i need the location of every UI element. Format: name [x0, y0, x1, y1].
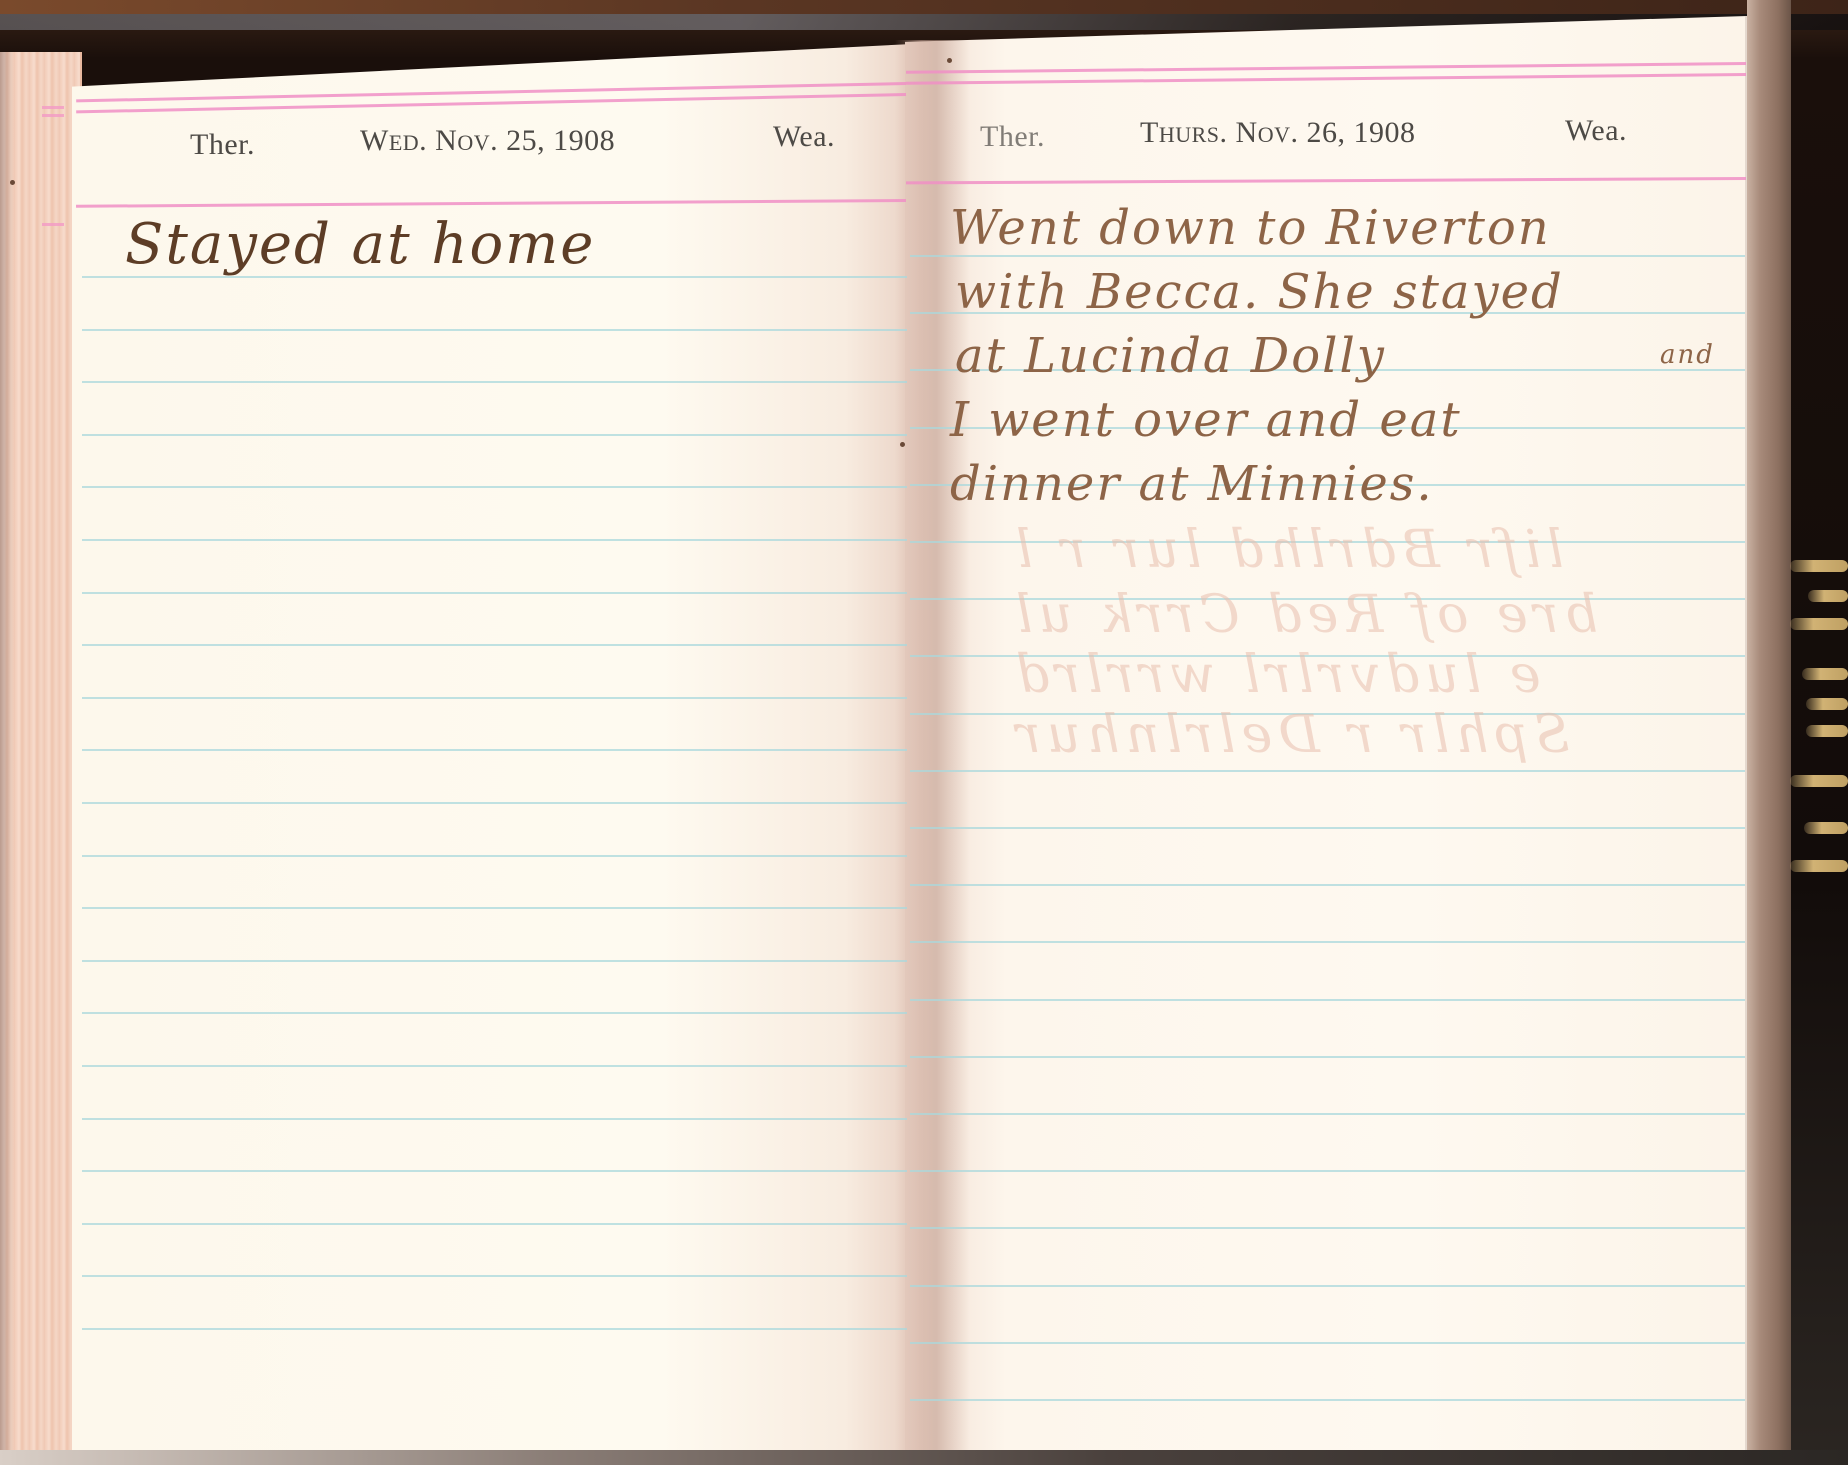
ruled-line — [910, 1056, 1745, 1058]
ruled-line — [82, 855, 907, 857]
bleed-through-text: Sphlr r Delrlnhur — [1010, 705, 1570, 765]
ruled-line — [82, 1012, 907, 1014]
ruled-line — [82, 329, 907, 331]
ruled-line — [82, 1223, 907, 1225]
bleed-through-text: e ludvrlrl wrrlrd — [1010, 645, 1541, 705]
page-stack-pink-mark — [42, 114, 64, 117]
ruled-line — [82, 907, 907, 909]
ruled-line — [82, 644, 907, 646]
page-stack-pink-mark — [42, 106, 64, 109]
ruled-line — [910, 827, 1745, 829]
ther-label: Ther. — [980, 120, 1045, 154]
page-stack-pink-mark — [42, 223, 64, 226]
diary-entry-insertion: and — [1660, 340, 1715, 370]
ink-speck — [10, 180, 15, 185]
ink-speck — [900, 442, 905, 447]
ruled-line — [82, 1170, 907, 1172]
ruled-line — [910, 999, 1745, 1001]
ruled-line — [82, 434, 907, 436]
clasp-icon — [1790, 560, 1848, 890]
ruled-line — [82, 592, 907, 594]
ruled-line — [910, 941, 1745, 943]
date-heading: Thurs. Nov. 26, 1908 — [1140, 116, 1415, 150]
ruled-line — [82, 539, 907, 541]
ruled-line — [82, 697, 907, 699]
ink-speck — [947, 58, 952, 63]
ruled-line — [82, 381, 907, 383]
ruled-line — [910, 1399, 1745, 1401]
ruled-line — [910, 770, 1745, 772]
ruled-line — [910, 1342, 1745, 1344]
page-stack-shadow — [0, 52, 14, 1465]
ruled-line — [82, 1275, 907, 1277]
diary-entry-line: Stayed at home — [125, 212, 595, 277]
background-top-edge — [0, 0, 1848, 14]
bottom-shadow — [0, 1450, 1848, 1465]
ruled-line — [910, 884, 1745, 886]
wea-label: Wea. — [773, 120, 835, 154]
bleed-through-text: lifr Bdrlhd lur r l — [1010, 520, 1564, 580]
ruled-line — [910, 1285, 1745, 1287]
diary-entry-line: with Becca. She stayed — [955, 264, 1564, 320]
diary-entry-line: at Lucinda Dolly — [955, 328, 1386, 384]
ruled-line — [82, 1328, 907, 1330]
ruled-line — [82, 1118, 907, 1120]
ruled-line — [82, 486, 907, 488]
ruled-line — [82, 960, 907, 962]
diary-entry-line: dinner at Minnies. — [950, 456, 1434, 512]
bleed-through-text: bre of Red Crrk ul — [1010, 585, 1598, 645]
wea-label: Wea. — [1565, 114, 1627, 148]
diary-entry-line: I went over and eat — [950, 392, 1462, 448]
ruled-line — [910, 1113, 1745, 1115]
ther-label: Ther. — [190, 128, 255, 162]
ruled-line — [910, 1170, 1745, 1172]
ruled-line — [82, 1065, 907, 1067]
ruled-line — [82, 749, 907, 751]
diary-entry-line: Went down to Riverton — [950, 200, 1551, 256]
ruled-line — [82, 802, 907, 804]
ruled-line — [910, 1227, 1745, 1229]
book-cover-edge — [1747, 0, 1791, 1465]
date-heading: Wed. Nov. 25, 1908 — [360, 124, 615, 158]
